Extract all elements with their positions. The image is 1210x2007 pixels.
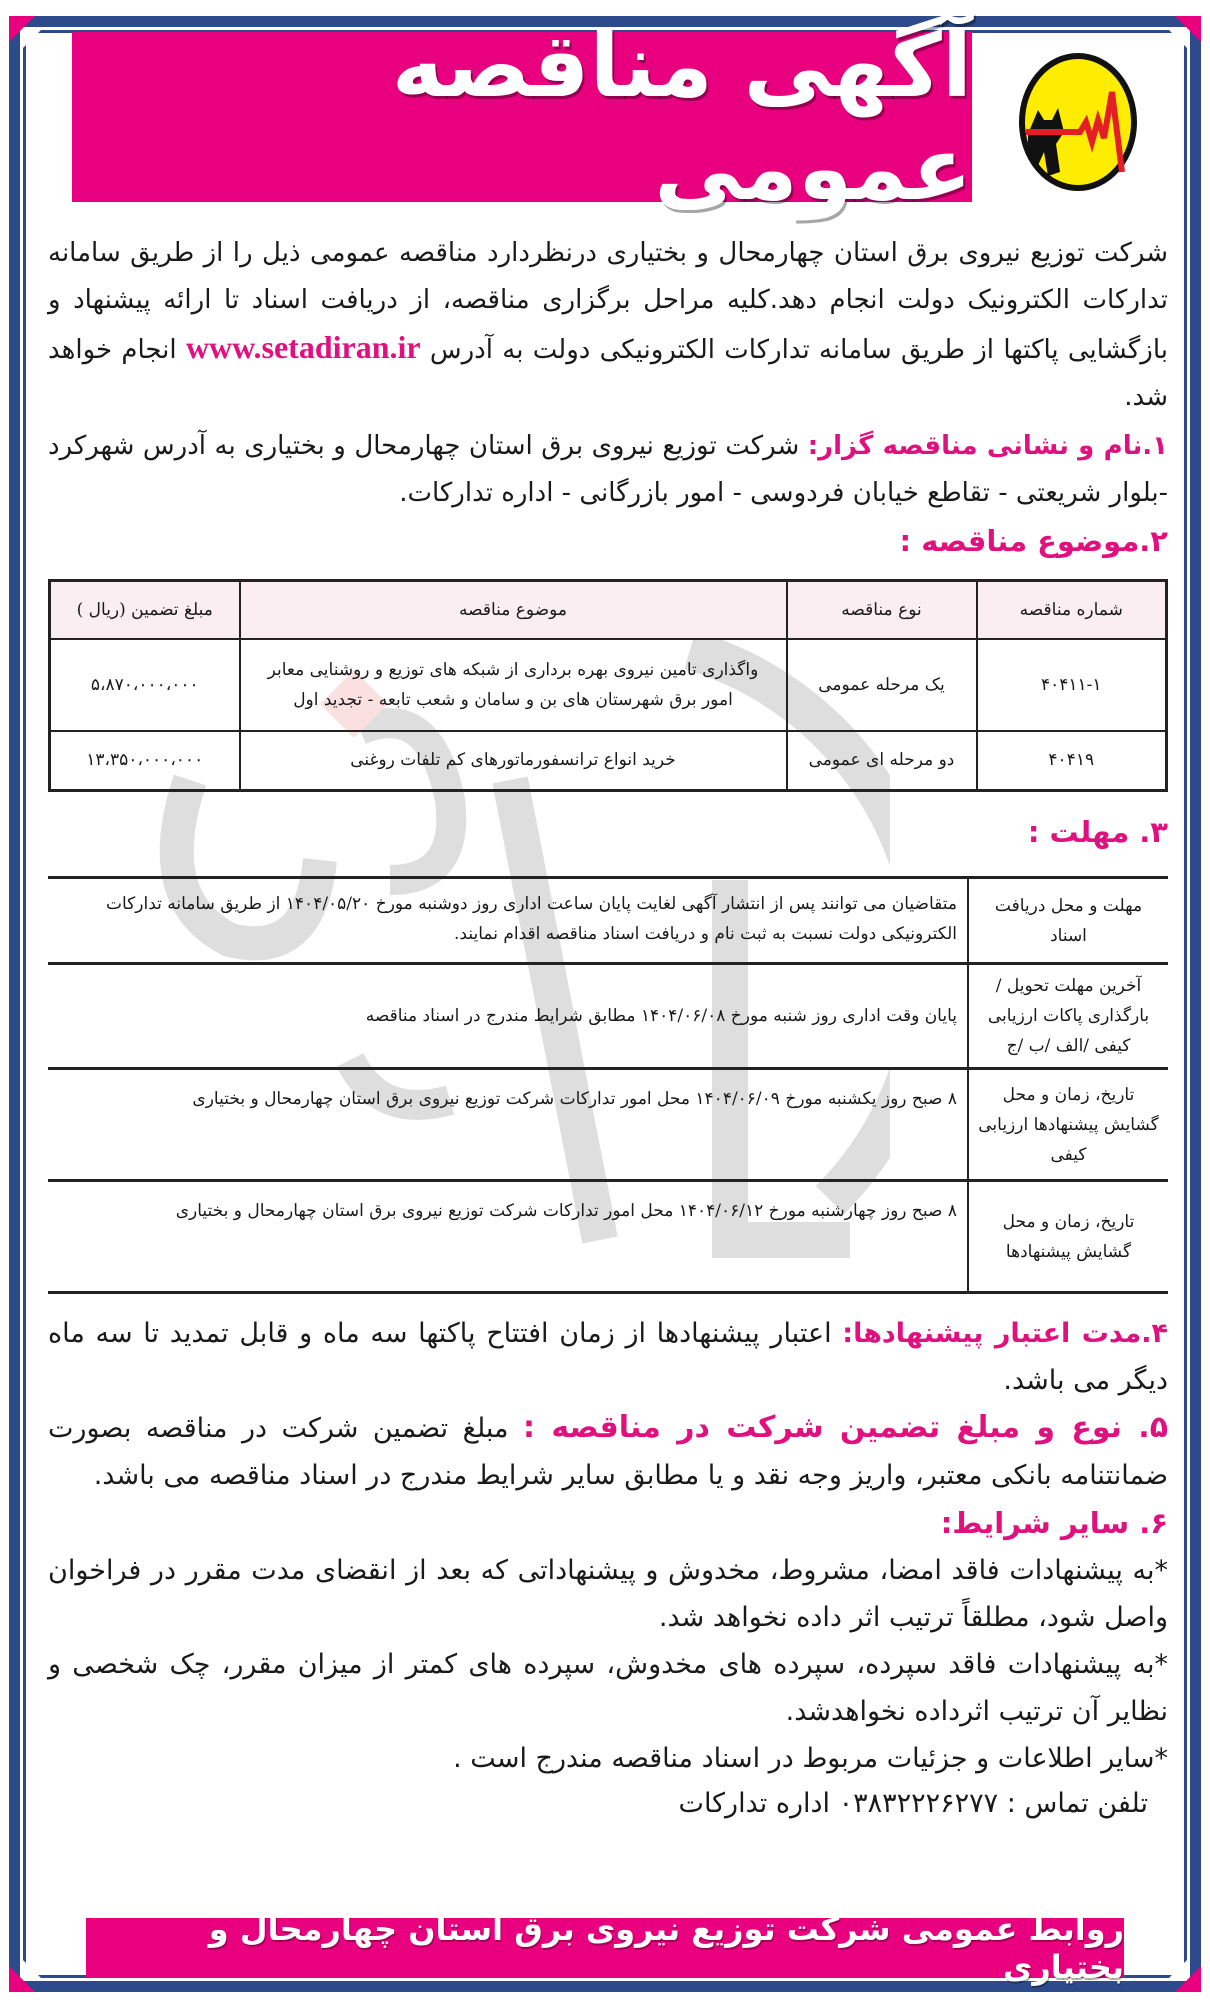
column-header: نوع مناقصه: [787, 581, 977, 639]
table-header-row: شماره مناقصه نوع مناقصه موضوع مناقصه مبل…: [50, 581, 1167, 639]
footer-banner: روابط عمومی شرکت توزیع نیروی برق استان چ…: [86, 1918, 1124, 1978]
tender-number: ۴۰۴۱۱-۱: [977, 639, 1167, 731]
page-title: آگهی مناقصه عمومی: [72, 14, 972, 220]
section-4-heading: ۴.مدت اعتبار پیشنهادها:: [842, 1318, 1168, 1349]
column-header: شماره مناقصه: [977, 581, 1167, 639]
deadline-label: تاریخ، زمان و محل گشایش پیشنهادها: [968, 1181, 1168, 1293]
deadline-table: مهلت و محل دریافت اسناد متقاضیان می توان…: [48, 876, 1168, 1294]
condition-item: *به پیشنهادات فاقد امضا، مشروط، مخدوش و …: [48, 1547, 1168, 1641]
tender-subject-table: شماره مناقصه نوع مناقصه موضوع مناقصه مبل…: [48, 579, 1168, 792]
section-1-heading: ۱.نام و نشانی مناقصه گزار:: [808, 431, 1168, 461]
tender-type: دو مرحله ای عمومی: [787, 731, 977, 791]
section-3-heading: ۳. مهلت :: [48, 808, 1168, 856]
table-row: آخرین مهلت تحویل /بارگذاری پاکات ارزیابی…: [48, 964, 1168, 1069]
condition-item: *به پیشنهادات فاقد سپرده، سپرده های مخدو…: [48, 1641, 1168, 1735]
column-header: مبلغ تضمین (ریال ): [50, 581, 240, 639]
tender-type: یک مرحله عمومی: [787, 639, 977, 731]
footer-text: روابط عمومی شرکت توزیع نیروی برق استان چ…: [86, 1910, 1124, 1986]
column-header: موضوع مناقصه: [240, 581, 787, 639]
setadiran-link[interactable]: www.setadiran.ir: [186, 329, 421, 365]
tender-content: شرکت توزیع نیروی برق استان چهارمحال و بخ…: [48, 230, 1168, 1826]
deadline-value: ۸ صبح روز چهارشنبه مورخ ۱۴۰۴/۰۶/۱۲ محل ا…: [48, 1181, 968, 1293]
tender-subject: خرید انواع ترانسفورماتورهای کم تلفات روغ…: [240, 731, 787, 791]
deadline-value: پایان وقت اداری روز شنبه مورخ ۱۴۰۴/۰۶/۰۸…: [48, 964, 968, 1069]
section-4: ۴.مدت اعتبار پیشنهادها: اعتبار پیشنهادها…: [48, 1310, 1168, 1404]
condition-item: *سایر اطلاعات و جزئیات مربوط در اسناد من…: [48, 1735, 1168, 1782]
table-row: تاریخ، زمان و محل گشایش پیشنهادها ۸ صبح …: [48, 1181, 1168, 1293]
tender-guarantee: ۱۳،۳۵۰،۰۰۰،۰۰۰: [50, 731, 240, 791]
deadline-value: متقاضیان می توانند پس از انتشار آگهی لغا…: [48, 878, 968, 964]
deadline-label: تاریخ، زمان و محل گشایش پیشنهادها ارزیاب…: [968, 1069, 1168, 1181]
title-banner: آگهی مناقصه عمومی: [72, 32, 972, 202]
table-row: ۴۰۴۱۹ دو مرحله ای عمومی خرید انواع ترانس…: [50, 731, 1167, 791]
section-6-heading: ۶. سایر شرایط:: [48, 1499, 1168, 1547]
tender-number: ۴۰۴۱۹: [977, 731, 1167, 791]
section-5: ۵. نوع و مبلغ تضمین شرکت در مناقصه : مبل…: [48, 1404, 1168, 1499]
tender-subject: واگذاری تامین نیروی بهره برداری از شبکه …: [240, 639, 787, 731]
table-row: ۴۰۴۱۱-۱ یک مرحله عمومی واگذاری تامین نیر…: [50, 639, 1167, 731]
table-row: تاریخ، زمان و محل گشایش پیشنهادها ارزیاب…: [48, 1069, 1168, 1181]
tender-guarantee: ۵،۸۷۰،۰۰۰،۰۰۰: [50, 639, 240, 731]
section-2-heading: ۲.موضوع مناقصه :: [48, 517, 1168, 565]
deadline-label: مهلت و محل دریافت اسناد: [968, 878, 1168, 964]
table-row: مهلت و محل دریافت اسناد متقاضیان می توان…: [48, 878, 1168, 964]
section-5-heading: ۵. نوع و مبلغ تضمین شرکت در مناقصه :: [523, 1410, 1168, 1445]
section-1: ۱.نام و نشانی مناقصه گزار: شرکت توزیع نی…: [48, 423, 1168, 517]
contact-phone: تلفن تماس : ۰۳۸۳۲۲۲۶۲۷۷ اداره تدارکات: [48, 1782, 1168, 1826]
intro-paragraph: شرکت توزیع نیروی برق استان چهارمحال و بخ…: [48, 230, 1168, 421]
deadline-label: آخرین مهلت تحویل /بارگذاری پاکات ارزیابی…: [968, 964, 1168, 1069]
deadline-value: ۸ صبح روز یکشنبه مورخ ۱۴۰۴/۰۶/۰۹ محل امو…: [48, 1069, 968, 1181]
electric-power-logo-icon: [1018, 52, 1138, 192]
